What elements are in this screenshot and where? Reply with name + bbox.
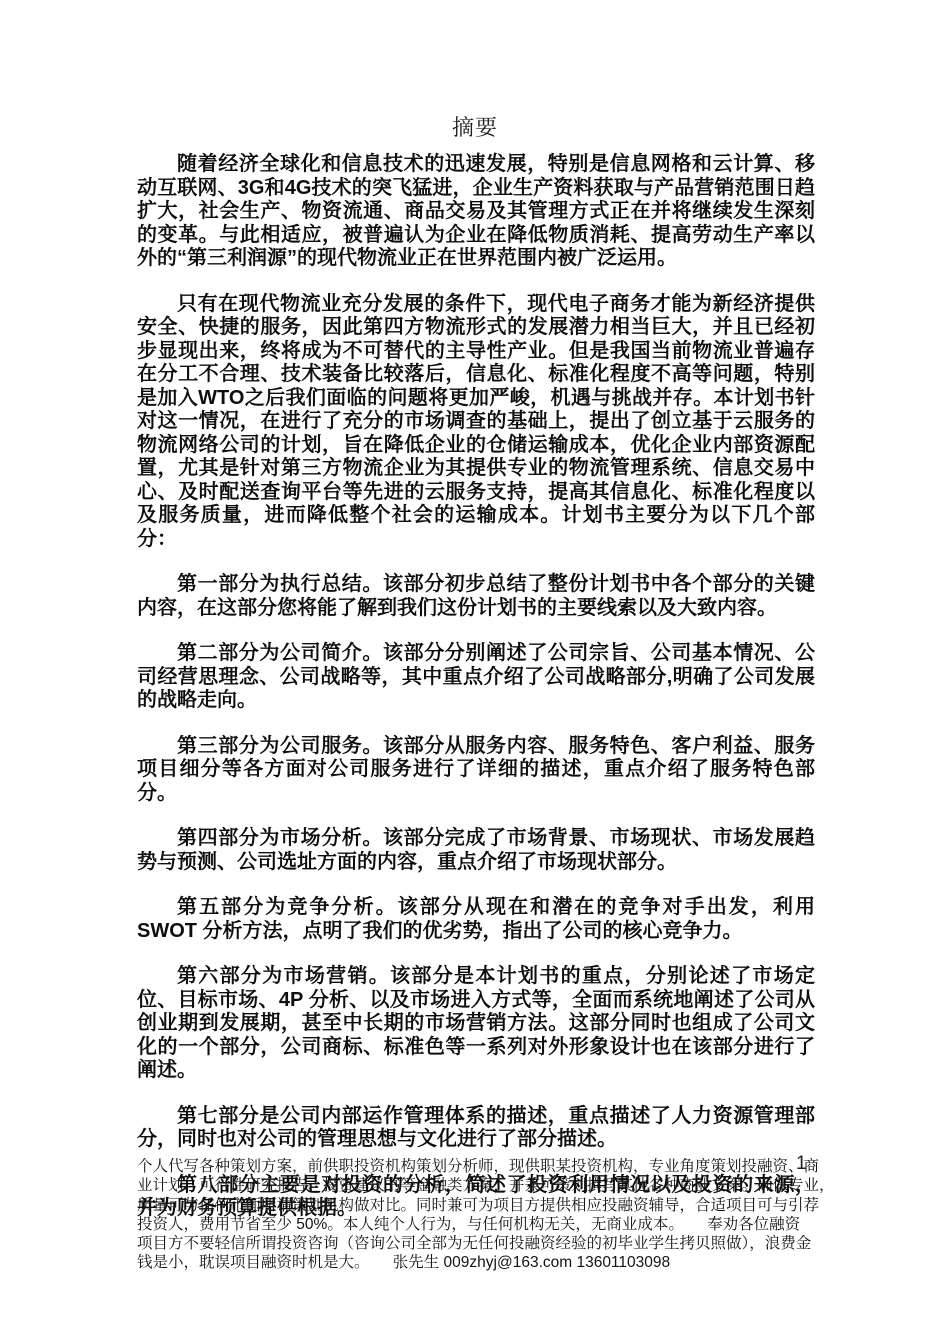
footnote-line: 项目方不要轻信所谓投资咨询（咨询公司全部为无任何投融资经验的初毕业学生拷贝照做）… <box>137 1234 843 1253</box>
footnote-line: 投资人，费用节省至少 50%。本人纯个人行为，与任何机构无关，无商业成本。 奉劝… <box>137 1215 843 1234</box>
page-number: 1 <box>796 1153 807 1175</box>
body-paragraph: 第六部分为市场营销。该部分是本计划书的重点，分别论述了市场定位、目标市场、4P … <box>137 965 815 1083</box>
page-title: 摘要 <box>0 0 950 140</box>
footnote-line: 质量可与任何市面所谓策划机构做对比。同时兼可为项目方提供相应投融资辅导，合适项目… <box>137 1196 843 1215</box>
body-paragraph: 只有在现代物流业充分发展的条件下，现代电子商务才能为新经济提供安全、快捷的服务，… <box>137 293 815 552</box>
body-paragraph: 第二部分为公司简介。该部分分别阐述了公司宗旨、公司基本情况、公司经营思理念、公司… <box>137 642 815 713</box>
body-paragraph: 第一部分为执行总结。该部分初步总结了整份计划书中各个部分的关键内容，在这部分您将… <box>137 573 815 620</box>
body-paragraph: 第四部分为市场分析。该部分完成了市场背景、市场现状、市场发展趋势与预测、公司选址… <box>137 827 815 874</box>
footnote-line: 个人代写各种策划方案，前供职投资机构策划分析师，现供职某投资机构，专业角度策划投… <box>137 1157 843 1176</box>
body-paragraph: 第三部分为公司服务。该部分从服务内容、服务特色、客户利益、服务项目细分等各方面对… <box>137 735 815 806</box>
body-paragraph: 第七部分是公司内部运作管理体系的描述，重点描述了人力资源管理部分，同时也对公司的… <box>137 1105 815 1152</box>
footnote-line: 钱是小，耽误项目融资时机是大。 张先生 009zhyj@163.com 1360… <box>137 1253 843 1272</box>
body-paragraph: 随着经济全球化和信息技术的迅速发展，特别是信息网格和云计算、移动互联网、3G和4… <box>137 153 815 271</box>
body-paragraph: 第五部分为竞争分析。该部分从现在和潜在的竞争对手出发，利用SWOT 分析方法，点… <box>137 896 815 943</box>
footnote-line: 业计划、可行性研究报告、投资建议书等金融类方案，并兼可策划撰写其他各种商业文案。… <box>137 1176 843 1195</box>
footnote: 个人代写各种策划方案，前供职投资机构策划分析师，现供职某投资机构，专业角度策划投… <box>137 1157 843 1273</box>
abstract-body: 随着经济全球化和信息技术的迅速发展，特别是信息网格和云计算、移动互联网、3G和4… <box>137 153 815 1221</box>
document-page: 摘要 随着经济全球化和信息技术的迅速发展，特别是信息网格和云计算、移动互联网、3… <box>0 0 950 1344</box>
